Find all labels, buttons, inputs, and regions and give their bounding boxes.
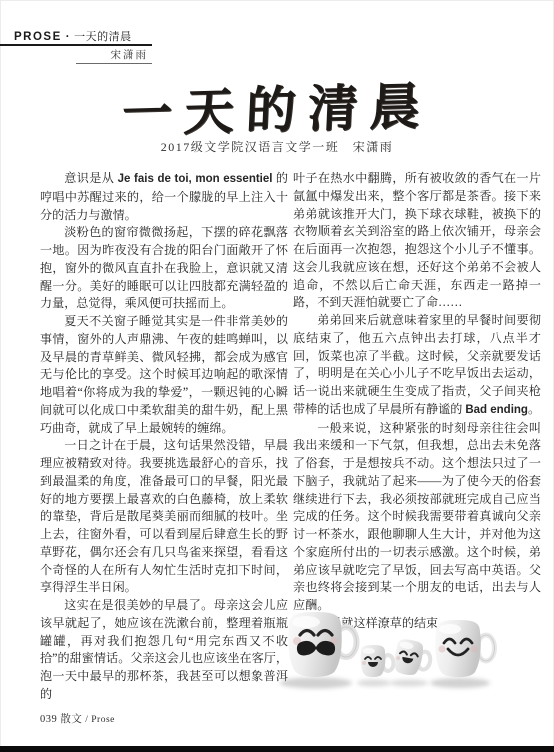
article-title: 一天的清晨 bbox=[0, 63, 554, 150]
page-eyebrow: PROSE·一天的清晨 bbox=[14, 28, 132, 44]
paragraph: 这实在是很美妙的早晨了。母亲这会儿应该早就起了，她应该在洗漱台前，整理着瓶瓶罐罐… bbox=[40, 597, 288, 704]
mug-child-tilted bbox=[392, 638, 433, 679]
paragraph-text: 意识是从 bbox=[64, 171, 117, 185]
mug-mom bbox=[435, 620, 494, 677]
header-rule bbox=[0, 44, 152, 46]
paragraph: 一般来说，这种紧张的时刻母亲往往会叫我出来缓和一下气氛，但我想，总出去未免落了俗… bbox=[293, 420, 541, 615]
paragraph: 意识是从 Je fais de toi, mon essentiel 的哼唱中苏… bbox=[40, 170, 288, 224]
paragraph-text: 。 bbox=[528, 402, 540, 416]
header-author: 宋潇雨 bbox=[0, 47, 148, 62]
smiling-mug-family-illustration bbox=[276, 610, 520, 710]
page-footer: 039 散文 / Prose bbox=[40, 711, 115, 726]
footer-separator: / bbox=[85, 715, 88, 725]
eyebrow-brand: PROSE bbox=[14, 31, 62, 43]
magazine-page: PROSE·一天的清晨 宋潇雨 一天的清晨 2017级文学院汉语言文学一班 宋潇… bbox=[0, 0, 554, 752]
footer-section-cn: 散文 bbox=[60, 714, 82, 725]
eyebrow-separator: · bbox=[66, 31, 70, 43]
mug-dad bbox=[288, 612, 356, 677]
article-byline: 2017级文学院汉语言文学一班 宋潇雨 bbox=[0, 138, 554, 155]
paragraph: 夏天不关窗子睡觉其实是一件非常美妙的事情，窗外的人声鼎沸、午夜的蛙鸣蝉叫，以及早… bbox=[40, 313, 288, 437]
eyebrow-section-title: 一天的清晨 bbox=[74, 31, 132, 43]
paragraph: 淡粉色的窗帘微微扬起，下摆的碎花飘落一地。因为昨夜没有合拢的阳台门面敞开了怀抱，… bbox=[40, 224, 288, 313]
body-column-right: 叶子在热水中翻腾，所有被收敛的香气在一片氤氲中爆发出来，整个客厅都是茶香。接下来… bbox=[293, 170, 541, 633]
bottom-rule-bar bbox=[0, 746, 554, 752]
french-phrase: Je fais de toi, mon essentiel bbox=[118, 173, 273, 185]
paragraph-continuation: 叶子在热水中翻腾，所有被收敛的香气在一片氤氲中爆发出来，整个客厅都是茶香。接下来… bbox=[293, 170, 541, 312]
mug-shadows bbox=[280, 678, 490, 689]
header-author-rule bbox=[76, 63, 152, 64]
body-column-left: 意识是从 Je fais de toi, mon essentiel 的哼唱中苏… bbox=[40, 170, 288, 704]
footer-section-en: Prose bbox=[91, 715, 115, 725]
paragraph-text: 弟弟回来后就意味着家里的早餐时间要彻底结束了，他五六点钟出去打球，八点半才回，饭… bbox=[293, 313, 541, 416]
english-phrase: Bad ending bbox=[465, 404, 528, 416]
footer-page-number: 039 bbox=[40, 714, 57, 725]
paragraph: 一日之计在于晨，这句话果然没错，早晨理应被精致对待。我要挑选最舒心的音乐，找到最… bbox=[40, 437, 288, 597]
mug-child-small bbox=[361, 645, 394, 677]
paragraph: 弟弟回来后就意味着家里的早餐时间要彻底结束了，他五六点钟出去打球，八点半才回，饭… bbox=[293, 312, 541, 420]
